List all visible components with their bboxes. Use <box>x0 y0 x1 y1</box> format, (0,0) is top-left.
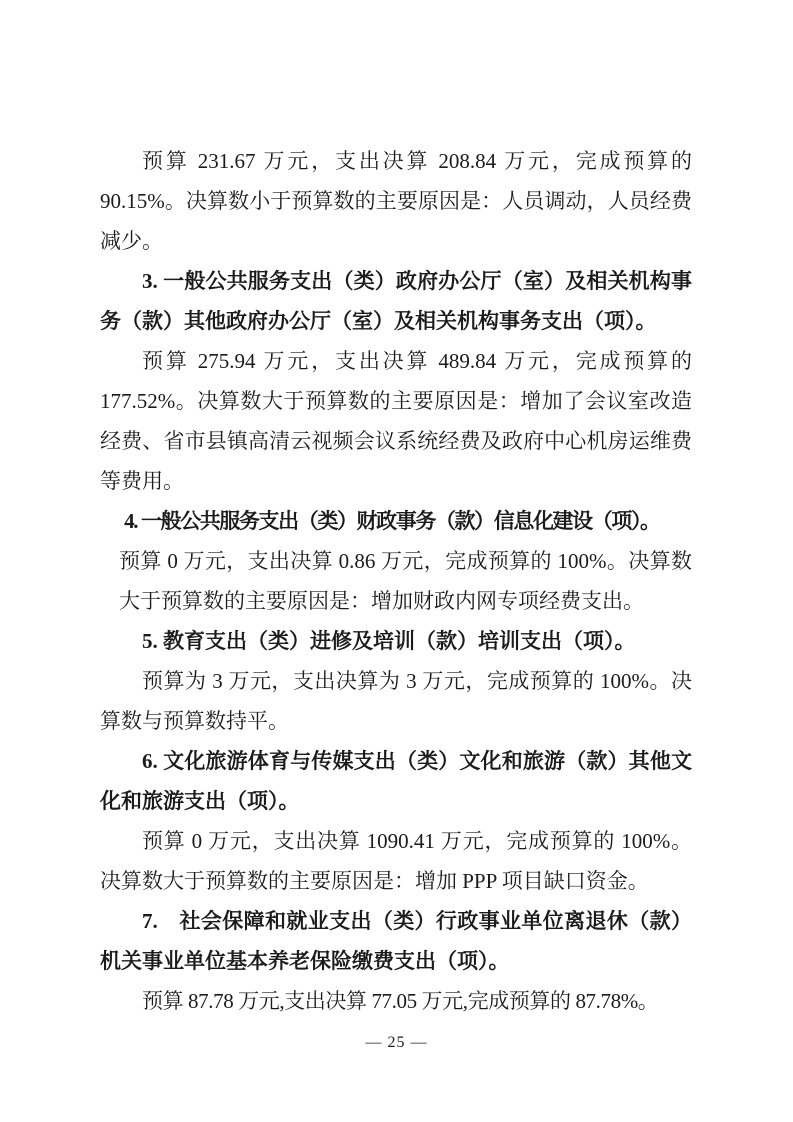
section-heading-6: 6. 文化旅游体育与传媒支出（类）文化和旅游（款）其他文化和旅游支出（项）。 <box>100 741 692 821</box>
section-heading-3: 3. 一般公共服务支出（类）政府办公厅（室）及相关机构事务（款）其他政府办公厅（… <box>100 261 692 341</box>
document-body: 预算 231.67 万元，支出决算 208.84 万元，完成预算的 90.15%… <box>100 141 692 1021</box>
document-page: 预算 231.67 万元，支出决算 208.84 万元，完成预算的 90.15%… <box>0 0 793 1122</box>
paragraph-budget-3: 预算为 3 万元，支出决算为 3 万元，完成预算的 100%。决算数与预算数持平… <box>100 661 692 741</box>
paragraph-budget-231: 预算 231.67 万元，支出决算 208.84 万元，完成预算的 90.15%… <box>100 141 692 261</box>
section-heading-4: 4. 一般公共服务支出（类）财政事务（款）信息化建设（项）。 <box>100 501 692 541</box>
paragraph-budget-1090: 预算 0 万元，支出决算 1090.41 万元，完成预算的 100%。决算数大于… <box>100 821 692 901</box>
page-number: — 25 — <box>0 1030 793 1056</box>
section-heading-7: 7. 社会保障和就业支出（类）行政事业单位离退休（款）机关事业单位基本养老保险缴… <box>100 901 692 981</box>
section-heading-5: 5. 教育支出（类）进修及培训（款）培训支出（项）。 <box>100 621 692 661</box>
paragraph-budget-87: 预算 87.78 万元,支出决算 77.05 万元,完成预算的 87.78%。 <box>100 981 692 1021</box>
paragraph-budget-275: 预算 275.94 万元，支出决算 489.84 万元，完成预算的 177.52… <box>100 341 692 501</box>
paragraph-budget-0-86: 预算 0 万元，支出决算 0.86 万元，完成预算的 100%。决算数大于预算数… <box>119 541 692 621</box>
